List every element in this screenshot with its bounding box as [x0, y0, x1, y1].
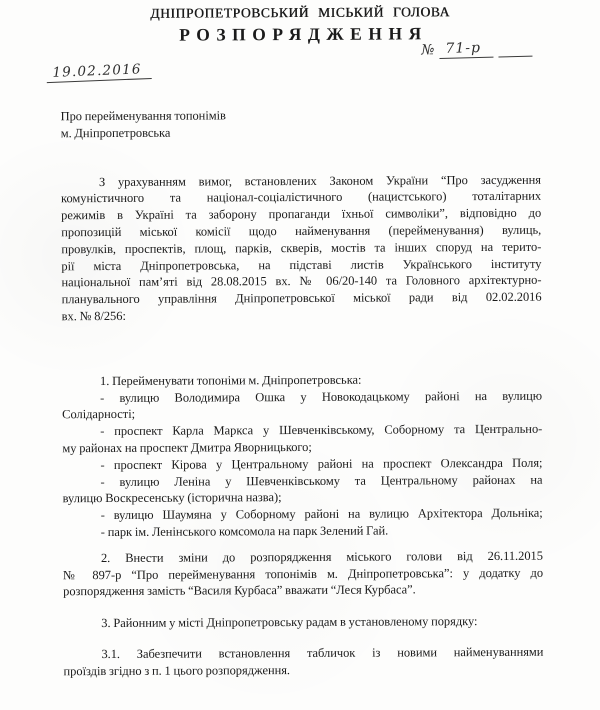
preamble: З урахуванням вимог, встановлених Законо… [61, 171, 542, 325]
doc-number-blank-line [498, 41, 532, 58]
section-3-1-signage: 3.1. Забезпечити встановлення табличок і… [63, 644, 543, 680]
section-2-line: 2. Внести зміни до розпорядження міськог… [63, 547, 543, 566]
rename-item-line: - проспект Кірова у Центральному районі … [62, 454, 542, 473]
doc-number: № 71-р [421, 39, 532, 60]
section-1-rename-list: 1. Перейменувати топоніми м. Дніпропетро… [62, 371, 543, 541]
rename-item-line: - проспект Карла Маркса у Шевченківськом… [62, 421, 542, 440]
section-2-amendment: 2. Внести зміни до розпорядження міськог… [63, 547, 543, 600]
rename-item-line: - вулицю Володимира Ошка у Новокодацьком… [62, 387, 542, 406]
rename-item-line: - парк ім. Ленінського комсомола на парк… [63, 522, 543, 541]
handwritten-date-text: 19.02.2016 [46, 61, 152, 83]
section-3-line: 3. Районним у місті Дніпропетровську рад… [63, 613, 543, 632]
rename-item-line: - вулицю Шаумяна у Соборному районі на в… [63, 505, 543, 524]
subject-line-2: м. Дніпропетровська [61, 123, 541, 142]
document-content: ДНІПРОПЕТРОВСЬКИЙ МІСЬКИЙ ГОЛОВА РОЗПОРЯ… [0, 0, 600, 680]
meta-row: 19.02.2016 № 71-р [60, 46, 540, 85]
subject-block: Про перейменування топонімів м. Дніпропе… [61, 106, 541, 142]
section-2-line: розпорядження замість “Василя Курбаса” в… [63, 581, 543, 600]
preamble-line: провулків, проспектів, площ, парків, скв… [61, 239, 541, 258]
section-3-district-councils: 3. Районним у місті Дніпропетровську рад… [63, 613, 543, 632]
handwritten-date: 19.02.2016 [46, 58, 152, 83]
document-page: ДНІПРОПЕТРОВСЬКИЙ МІСЬКИЙ ГОЛОВА РОЗПОРЯ… [0, 0, 600, 710]
section-3-1-line: 3.1. Забезпечити встановлення табличок і… [63, 644, 543, 663]
org-name: ДНІПРОПЕТРОВСЬКИЙ МІСЬКИЙ ГОЛОВА [60, 4, 540, 23]
preamble-line: планувального управління Дніпропетровськ… [62, 289, 542, 308]
section-2-line: № 897-р “Про перейменування топонімів м.… [63, 564, 543, 583]
preamble-line: вх. № 8/256: [62, 306, 542, 325]
number-sign: № [421, 42, 435, 59]
section-3-1-line: проїздів згідно з п. 1 цього розпоряджен… [63, 660, 543, 679]
rename-item-line: - вулицю Леніна у Шевченківському та Цен… [62, 471, 542, 490]
doc-number-value: 71-р [440, 40, 494, 59]
